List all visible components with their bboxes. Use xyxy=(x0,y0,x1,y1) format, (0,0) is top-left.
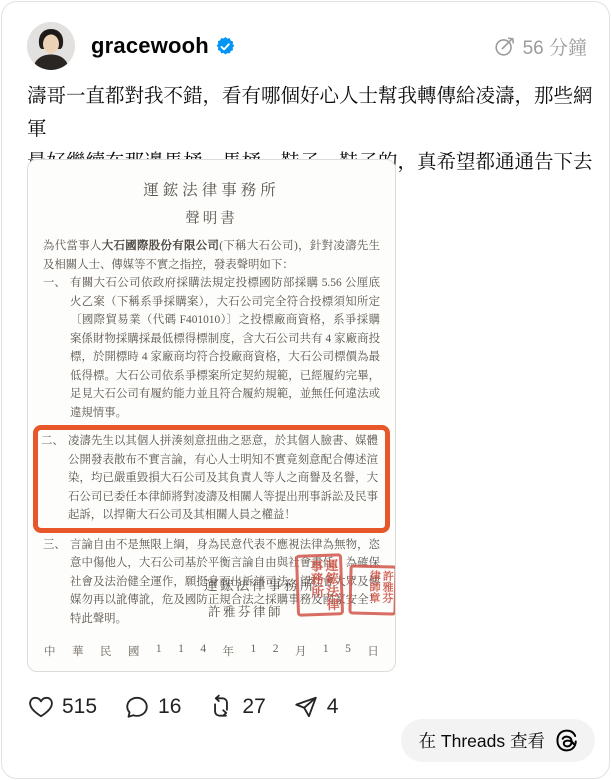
date-char: 4 xyxy=(200,643,206,659)
threads-logo-icon xyxy=(554,728,579,753)
attached-document-image[interactable]: 運鋐法律事務所 聲明書 為代當事人大石國際股份有限公司(下稱大石公司)，針對凌濤… xyxy=(27,159,396,672)
username[interactable]: gracewooh xyxy=(91,33,209,59)
date-char: 月 xyxy=(295,643,307,659)
document-date: 中 華 民 國 1 1 4 年 1 2 月 1 5 日 xyxy=(44,643,379,659)
share-button[interactable]: 4 xyxy=(293,694,339,720)
document-paragraph-1: 一、 有關大石公司依政府採購法規定投標國防部採購 5.56 公厘底火乙案（下稱系… xyxy=(43,274,380,422)
date-char: 中 xyxy=(44,643,56,659)
date-char: 華 xyxy=(72,643,84,659)
repost-icon xyxy=(208,694,234,720)
highlight-annotation-box: 二、 凌濤先生以其個人拼湊刻意扭曲之惡意，於其個人臉書、媒體公開發表散布不實言論… xyxy=(33,425,390,533)
view-on-threads-label: 在 Threads 查看 xyxy=(419,728,545,753)
share-count: 4 xyxy=(327,695,339,719)
like-button[interactable]: 515 xyxy=(28,694,97,720)
document-intro: 為代當事人大石國際股份有限公司(下稱大石公司)，針對凌濤先生及相關人士、傳媒等不… xyxy=(43,237,380,274)
document-paragraph-2: 二、 凌濤先生以其個人拼湊刻意扭曲之惡意，於其個人臉書、媒體公開發表散布不實言論… xyxy=(41,432,378,525)
intro-company-name: 大石國際股份有限公司 xyxy=(102,240,220,252)
paragraph-marker: 二、 xyxy=(41,432,68,525)
view-on-threads-button[interactable]: 在 Threads 查看 xyxy=(401,719,595,762)
timestamp-label: 56 分鐘 xyxy=(523,33,587,60)
document-title: 聲明書 xyxy=(43,207,380,228)
share-icon xyxy=(293,694,319,720)
lawyer-seal: 許雅芬律師章 xyxy=(348,564,396,615)
time-icon xyxy=(494,36,515,57)
paragraph-marker: 三、 xyxy=(43,536,70,629)
post-header: gracewooh 56 分鐘 xyxy=(27,22,587,70)
paragraph-text: 凌濤先生以其個人拼湊刻意扭曲之惡意，於其個人臉書、媒體公開發表散布不實言論，有心… xyxy=(68,432,378,525)
document-firm-name: 運鋐法律事務所 xyxy=(43,178,380,200)
timestamp[interactable]: 56 分鐘 xyxy=(494,33,587,60)
repost-count: 27 xyxy=(242,695,265,719)
date-char: 5 xyxy=(345,643,351,659)
date-char: 1 xyxy=(156,643,162,659)
date-char: 2 xyxy=(273,643,279,659)
verified-badge-icon xyxy=(216,37,235,56)
date-char: 1 xyxy=(178,643,184,659)
law-firm-seal: 運鋐法律事務所 xyxy=(295,553,344,617)
date-char: 1 xyxy=(323,643,329,659)
date-char: 民 xyxy=(100,643,112,659)
avatar[interactable] xyxy=(27,22,75,70)
paragraph-text: 有關大石公司依政府採購法規定投標國防部採購 5.56 公厘底火乙案（下稱系爭採購… xyxy=(70,274,380,422)
comment-icon xyxy=(124,694,150,720)
engagement-bar: 515 16 27 xyxy=(28,694,338,720)
like-count: 515 xyxy=(62,695,97,719)
date-char: 1 xyxy=(251,643,257,659)
paragraph-marker: 一、 xyxy=(43,274,70,422)
date-char: 國 xyxy=(128,643,140,659)
threads-post-card: gracewooh 56 分鐘 濤哥一直都對我不錯，看有哪個好心人士幫我轉傳給凌… xyxy=(1,1,610,779)
repost-button[interactable]: 27 xyxy=(208,694,265,720)
date-char: 年 xyxy=(223,643,235,659)
avatar-portrait xyxy=(27,22,75,70)
comment-button[interactable]: 16 xyxy=(124,694,181,720)
heart-icon xyxy=(28,694,54,720)
comment-count: 16 xyxy=(158,695,181,719)
post-text-line: 濤哥一直都對我不錯，看有哪個好心人士幫我轉傳給凌濤，那些網軍 xyxy=(27,80,597,146)
intro-prefix: 為代當事人 xyxy=(43,240,102,252)
date-char: 日 xyxy=(367,643,379,659)
signature-lawyer: 許雅芬律師 xyxy=(208,602,283,620)
